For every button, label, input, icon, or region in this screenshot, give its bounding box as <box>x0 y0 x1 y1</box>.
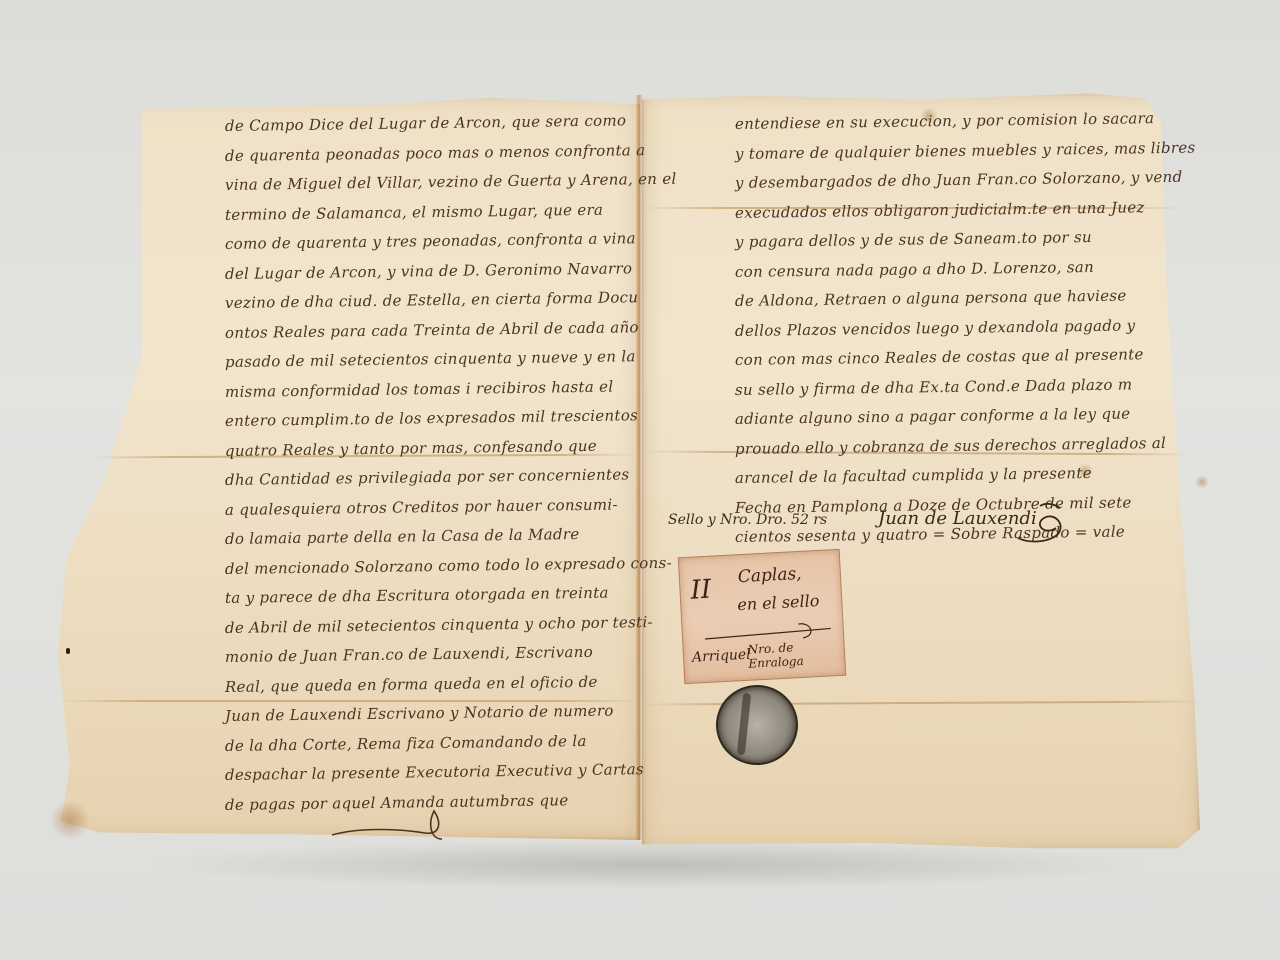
text-line: dha Cantidad es privilegiada por ser con… <box>225 460 625 495</box>
left-page-text: de Campo Dice del Lugar de Arcon, que se… <box>225 112 625 820</box>
paper-hole <box>66 648 70 654</box>
text-line: entero cumplim.to de los expresados mil … <box>225 401 625 436</box>
page-shadow <box>150 840 1150 890</box>
signature-rubric-icon <box>1010 498 1070 548</box>
right-page-text: entendiese en su execucion, y por comisi… <box>735 110 1155 553</box>
stain <box>50 800 90 840</box>
text-line: despachar la presente Executoria Executi… <box>225 755 625 790</box>
text-line: monio de Juan Fran.co de Lauxendi, Escri… <box>225 637 625 672</box>
stain <box>1195 475 1209 489</box>
round-seal <box>716 685 798 765</box>
text-line: vina de Miguel del Villar, vezino de Gue… <box>225 165 625 200</box>
text-line: ta y parece de dha Escritura otorgada en… <box>225 578 625 613</box>
text-line: pasado de mil setecientos cinquenta y nu… <box>225 342 625 377</box>
stamp-side-mark: II <box>690 575 712 606</box>
closing-flourish-icon <box>330 805 450 845</box>
fee-annotation: Sello y Nro. Dro. 52 rs <box>668 512 827 528</box>
text-line: como de quarenta y tres peonadas, confro… <box>225 224 625 259</box>
photo-scene: de Campo Dice del Lugar de Arcon, que se… <box>0 0 1280 960</box>
text-line: de Campo Dice del Lugar de Arcon, que se… <box>225 106 625 141</box>
stamp-line: en el sello <box>737 591 820 614</box>
text-line: do lamaia parte della en la Casa de la M… <box>225 519 625 554</box>
stamp-line: Arriquel <box>692 647 751 666</box>
stamp-line: Caplas, <box>737 564 802 587</box>
tax-stamp: II Caplas, en el sello Arriquel Nro. de … <box>678 549 846 684</box>
text-line: vezino de dha ciud. de Estella, en ciert… <box>225 283 625 318</box>
text-line: Juan de Lauxendi Escrivano y Notario de … <box>225 696 625 731</box>
